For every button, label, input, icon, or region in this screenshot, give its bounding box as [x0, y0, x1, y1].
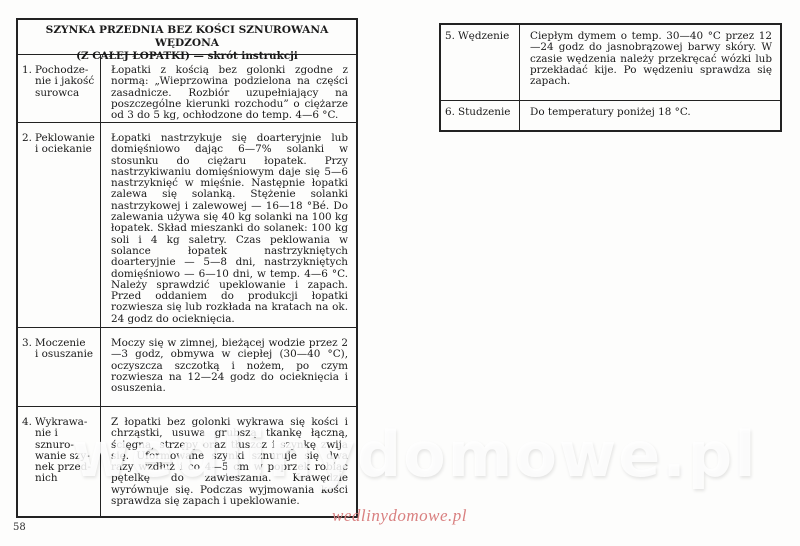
row-number: 6.	[445, 107, 455, 118]
table-row: 2. Peklowanie i ociekanie Łopatki nastrz…	[18, 123, 356, 328]
row-label: 3. Moczenie i osuszanie	[18, 328, 101, 406]
page-number: 58	[13, 522, 26, 533]
row-text: Ciepłym dymem o temp. 30—40 °C przez 12—…	[520, 25, 780, 100]
row-text: Z łopatki bez golonki wykrawa się kości …	[101, 407, 356, 516]
table-row: 1. Pochodze- nie i jakość surowca Łopatk…	[18, 55, 356, 123]
row-text: Łopatki nastrzykuje się doarteryjnie lub…	[101, 123, 356, 327]
row-label-text: Moczenie i osuszanie	[35, 338, 100, 361]
table-title: SZYNKA PRZEDNIA BEZ KOŚCI SZNUROWANA WĘD…	[18, 20, 356, 55]
row-text: Łopatki z kością bez golonki zgodne z no…	[101, 55, 356, 122]
row-label-text: Studzenie	[458, 107, 519, 118]
table-row: 3. Moczenie i osuszanie Moczy się w zimn…	[18, 328, 356, 407]
row-label: 2. Peklowanie i ociekanie	[18, 123, 101, 327]
row-label: 6. Studzenie	[441, 101, 520, 130]
title-line-1: SZYNKA PRZEDNIA BEZ KOŚCI SZNUROWANA WĘD…	[18, 24, 356, 50]
row-number: 2.	[22, 133, 32, 144]
row-label-text: Wykrawa- nie i sznuro- wanie szy- nek pr…	[35, 417, 100, 485]
table-row: 5. Wędzenie Ciepłym dymem o temp. 30—40 …	[441, 25, 780, 101]
row-number: 4.	[22, 417, 32, 428]
row-number: 1.	[22, 65, 32, 76]
table-row: 6. Studzenie Do temperatury poniżej 18 °…	[441, 101, 780, 130]
row-number: 5.	[445, 31, 455, 42]
row-label-text: Peklowanie i ociekanie	[35, 133, 100, 156]
instruction-table-left: SZYNKA PRZEDNIA BEZ KOŚCI SZNUROWANA WĘD…	[16, 18, 358, 518]
row-label-text: Wędzenie	[458, 31, 519, 42]
row-label-text: Pochodze- nie i jakość surowca	[35, 65, 100, 99]
row-label: 4. Wykrawa- nie i sznuro- wanie szy- nek…	[18, 407, 101, 516]
row-number: 3.	[22, 338, 32, 349]
instruction-table-right: 5. Wędzenie Ciepłym dymem o temp. 30—40 …	[439, 23, 782, 132]
table-row: 4. Wykrawa- nie i sznuro- wanie szy- nek…	[18, 407, 356, 516]
row-label: 5. Wędzenie	[441, 25, 520, 100]
watermark-small: wedlinydomowe.pl	[332, 506, 467, 526]
row-label: 1. Pochodze- nie i jakość surowca	[18, 55, 101, 122]
row-text: Do temperatury poniżej 18 °C.	[520, 101, 780, 130]
row-text: Moczy się w zimnej, bieżącej wodzie prze…	[101, 328, 356, 406]
